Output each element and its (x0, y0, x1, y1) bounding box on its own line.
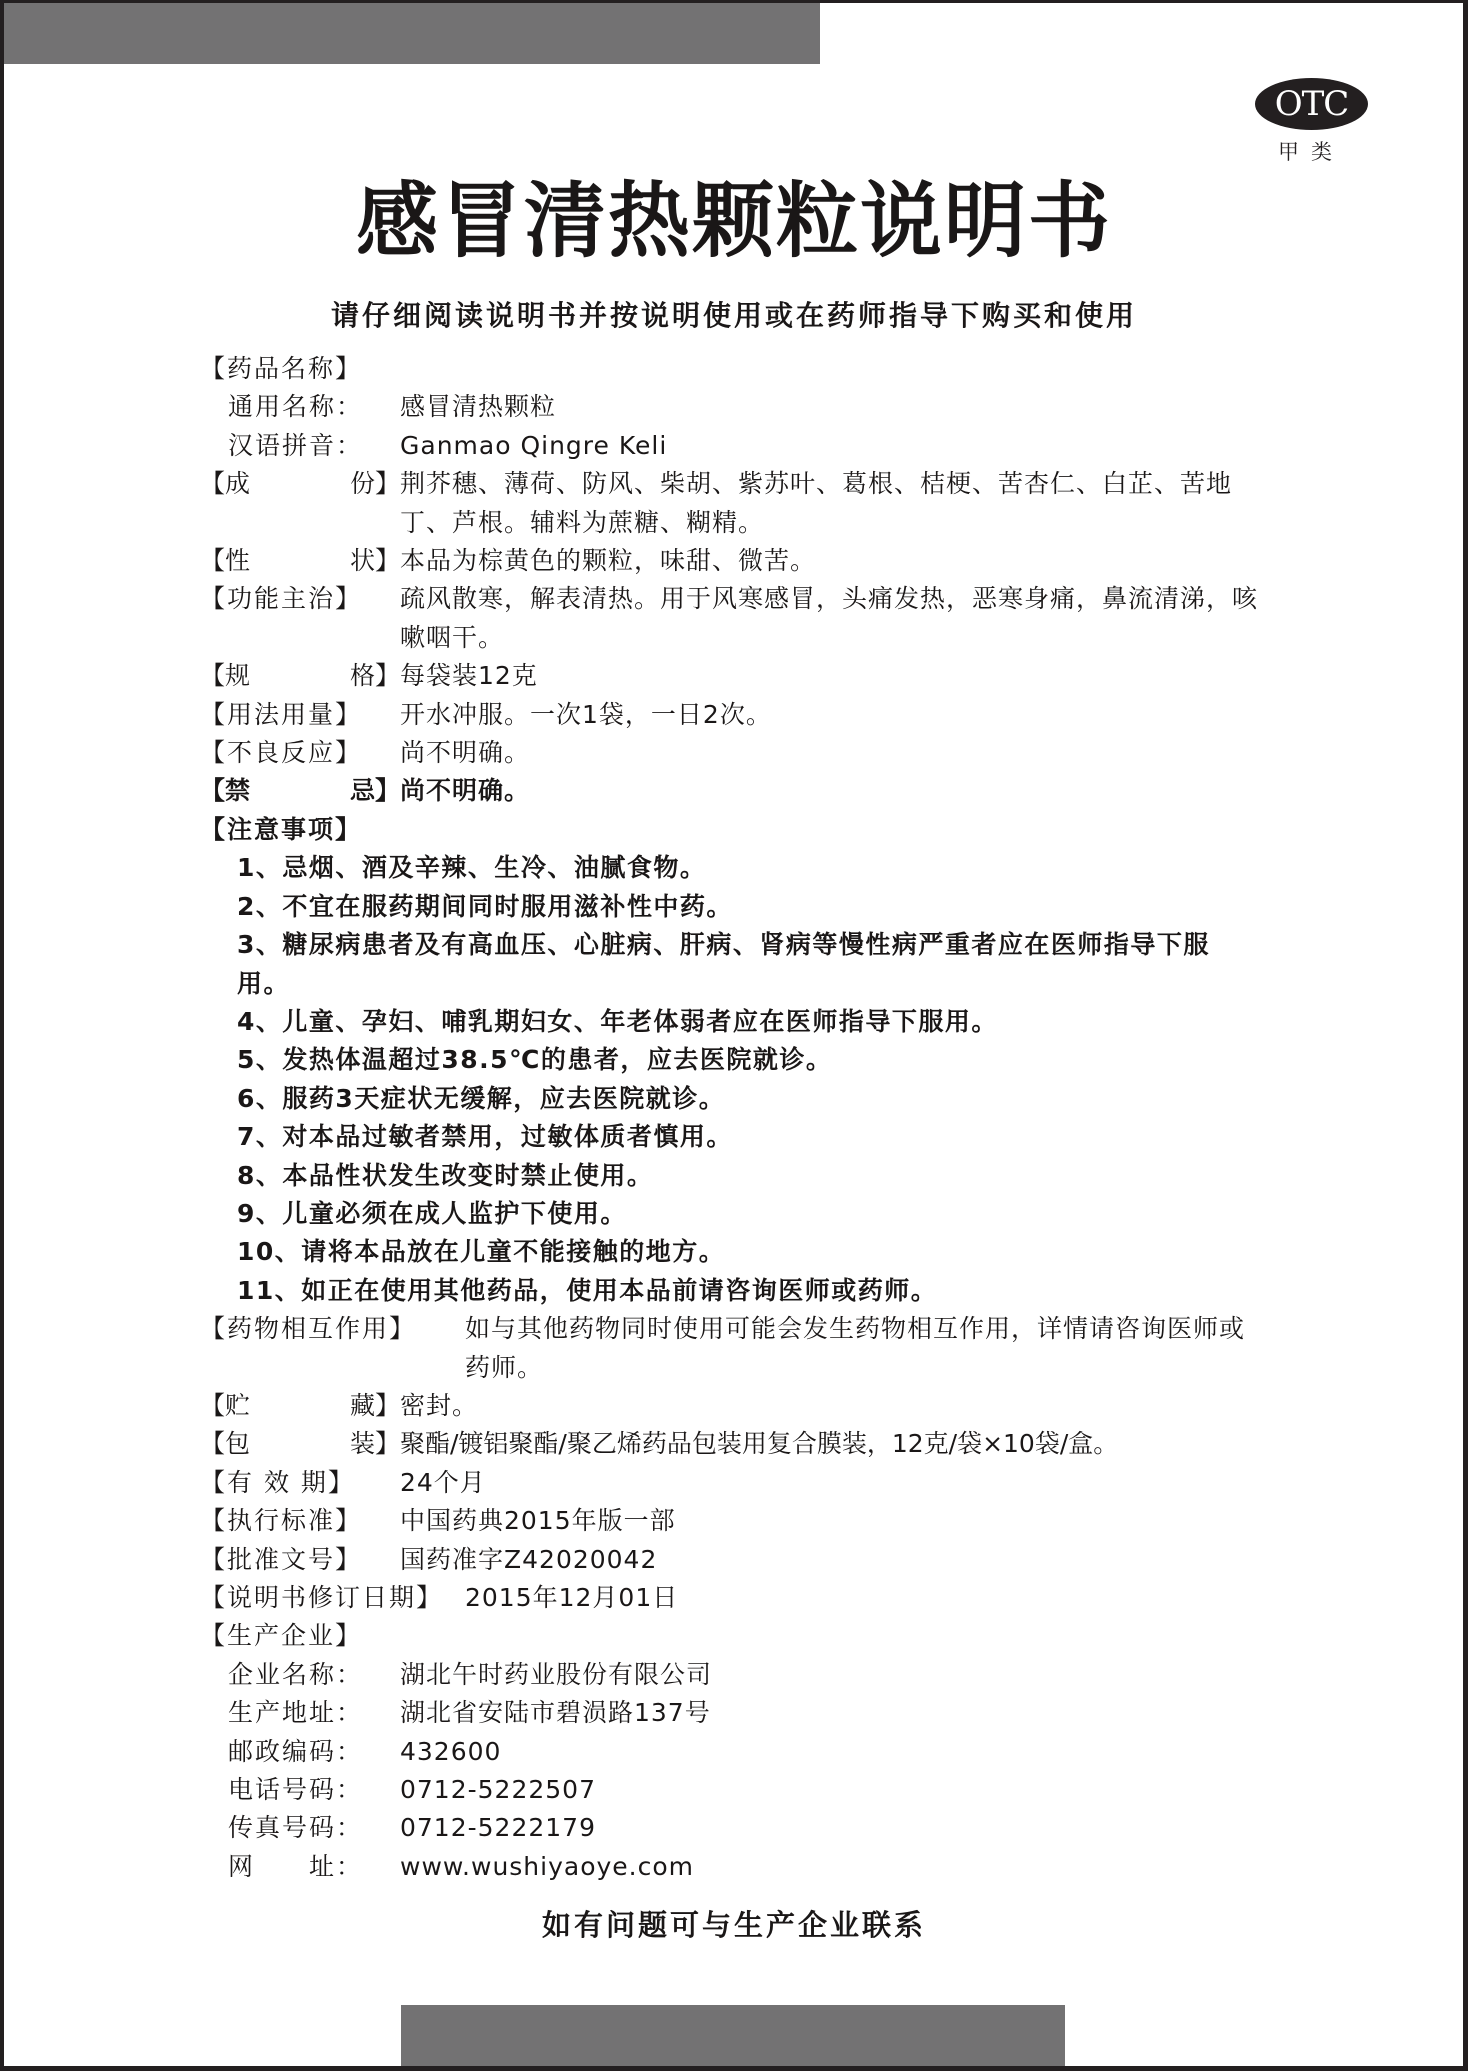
packaging-value: 聚酯/镀铝聚酯/聚乙烯药品包装用复合膜装，12克/袋×10袋/盒。 (400, 1425, 1260, 1463)
section-label: 【生产企业】 (200, 1617, 362, 1655)
generic-name-row: 通用名称： 感冒清热颗粒 (200, 388, 1260, 426)
section-label: 【成 份】 (200, 465, 400, 503)
list-item: 1、忌烟、酒及辛辣、生冷、油腻食物。 (237, 849, 1237, 887)
manufacturer-address-row: 生产地址： 湖北省安陆市碧涢路137号 (200, 1694, 1260, 1732)
manufacturer-postcode-row: 邮政编码： 432600 (200, 1733, 1260, 1771)
section-label: 【规 格】 (200, 657, 400, 695)
section-manufacturer: 【生产企业】 (200, 1617, 1260, 1655)
section-adverse-reactions: 【不良反应】 尚不明确。 (200, 734, 1260, 772)
adverse-reactions-value: 尚不明确。 (400, 734, 1260, 772)
dosage-value: 开水冲服。一次1袋，一日2次。 (400, 696, 1260, 734)
section-label: 【性 状】 (200, 542, 400, 580)
section-label: 【功能主治】 (200, 580, 400, 618)
label-start: 【规 (200, 657, 250, 695)
otc-badge-icon: OTC (1255, 78, 1368, 130)
otc-badge-text: OTC (1275, 84, 1349, 124)
postcode-value: 432600 (400, 1733, 1260, 1771)
section-storage: 【贮 藏】 密封。 (200, 1387, 1260, 1425)
list-item: 7、对本品过敏者禁用，过敏体质者慎用。 (237, 1118, 1237, 1156)
section-label: 【有 效 期】 (200, 1464, 400, 1502)
revision-date-value: 2015年12月01日 (465, 1579, 1260, 1617)
section-specification: 【规 格】 每袋装12克 (200, 657, 1260, 695)
section-approval-number: 【批准文号】 国药准字Z42020042 (200, 1541, 1260, 1579)
label-start: 【贮 (200, 1387, 250, 1425)
list-item: 5、发热体温超过38.5℃的患者，应去医院就诊。 (237, 1041, 1237, 1079)
fax-value: 0712-5222179 (400, 1809, 1260, 1847)
section-label: 【禁 忌】 (200, 772, 400, 810)
company-name-value: 湖北午时药业股份有限公司 (400, 1656, 1260, 1694)
section-shelf-life: 【有 效 期】 24个月 (200, 1464, 1260, 1502)
pinyin-value: Ganmao Qingre Keli (400, 427, 1260, 465)
section-standard: 【执行标准】 中国药典2015年版一部 (200, 1502, 1260, 1540)
precautions-list: 1、忌烟、酒及辛辣、生冷、油腻食物。 2、不宜在服药期间同时服用滋补性中药。 3… (200, 849, 1260, 1310)
label-start: 【包 (200, 1425, 250, 1463)
indications-value: 疏风散寒，解表清热。用于风寒感冒，头痛发热，恶寒身痛，鼻流清涕，咳嗽咽干。 (400, 580, 1260, 657)
label-start: 【禁 (200, 772, 250, 810)
section-label: 【药物相互作用】 (200, 1310, 465, 1348)
section-label: 【说明书修订日期】 (200, 1579, 465, 1617)
label-end: 格】 (350, 657, 400, 695)
generic-name-value: 感冒清热颗粒 (400, 388, 1260, 426)
label-start: 【性 (200, 542, 250, 580)
label-start: 【成 (200, 465, 250, 503)
label-end: 状】 (350, 542, 400, 580)
field-label: 汉语拼音： (228, 427, 400, 465)
website-link[interactable]: www.wushiyaoye.com (400, 1848, 1260, 1886)
bottom-gray-bar (401, 2005, 1065, 2066)
section-label: 【用法用量】 (200, 696, 400, 734)
pinyin-row: 汉语拼音： Ganmao Qingre Keli (200, 427, 1260, 465)
otc-class-label: 甲类 (1278, 136, 1348, 166)
section-packaging: 【包 装】 聚酯/镀铝聚酯/聚乙烯药品包装用复合膜装，12克/袋×10袋/盒。 (200, 1425, 1260, 1463)
specification-value: 每袋装12克 (400, 657, 1260, 695)
label-end: 份】 (350, 465, 400, 503)
section-drug-name: 【药品名称】 (200, 350, 1260, 388)
list-item: 9、儿童必须在成人监护下使用。 (237, 1195, 1237, 1233)
standard-value: 中国药典2015年版一部 (400, 1502, 1260, 1540)
list-item: 2、不宜在服药期间同时服用滋补性中药。 (237, 888, 1237, 926)
field-label: 生产地址： (228, 1694, 400, 1732)
manufacturer-website-row: 网 址： www.wushiyaoye.com (200, 1848, 1260, 1886)
label-end: 装】 (350, 1425, 400, 1463)
list-item: 8、本品性状发生改变时禁止使用。 (237, 1157, 1237, 1195)
field-label: 通用名称： (228, 388, 400, 426)
approval-number-value: 国药准字Z42020042 (400, 1541, 1260, 1579)
storage-value: 密封。 (400, 1387, 1260, 1425)
interactions-value: 如与其他药物同时使用可能会发生药物相互作用，详情请咨询医师或药师。 (465, 1310, 1260, 1387)
page-subtitle: 请仔细阅读说明书并按说明使用或在药师指导下购买和使用 (0, 296, 1468, 336)
field-label: 电话号码： (228, 1771, 400, 1809)
section-dosage: 【用法用量】 开水冲服。一次1袋，一日2次。 (200, 696, 1260, 734)
shelf-life-value: 24个月 (400, 1464, 1260, 1502)
section-label: 【批准文号】 (200, 1541, 400, 1579)
section-precautions: 【注意事项】 (200, 811, 1260, 849)
section-indications: 【功能主治】 疏风散寒，解表清热。用于风寒感冒，头痛发热，恶寒身痛，鼻流清涕，咳… (200, 580, 1260, 657)
page-title: 感冒清热颗粒说明书 (0, 172, 1468, 272)
list-item: 6、服药3天症状无缓解，应去医院就诊。 (237, 1080, 1237, 1118)
footer-note: 如有问题可与生产企业联系 (0, 1903, 1468, 1944)
section-label: 【贮 藏】 (200, 1387, 400, 1425)
top-gray-bar (4, 3, 820, 64)
list-item: 11、如正在使用其他药品，使用本品前请咨询医师或药师。 (237, 1272, 1237, 1310)
section-ingredients: 【成 份】 荆芥穗、薄荷、防风、柴胡、紫苏叶、葛根、桔梗、苦杏仁、白芷、苦地丁、… (200, 465, 1260, 542)
list-item: 3、糖尿病患者及有高血压、心脏病、肝病、肾病等慢性病严重者应在医师指导下服用。 (237, 926, 1217, 1003)
section-contraindications: 【禁 忌】 尚不明确。 (200, 772, 1260, 810)
contraindications-value: 尚不明确。 (400, 772, 1260, 810)
field-label: 传真号码： (228, 1809, 400, 1847)
ingredients-value: 荆芥穗、薄荷、防风、柴胡、紫苏叶、葛根、桔梗、苦杏仁、白芷、苦地丁、芦根。辅料为… (400, 465, 1260, 542)
section-label: 【包 装】 (200, 1425, 400, 1463)
section-appearance: 【性 状】 本品为棕黄色的颗粒，味甜、微苦。 (200, 542, 1260, 580)
manufacturer-fax-row: 传真号码： 0712-5222179 (200, 1809, 1260, 1847)
section-interactions: 【药物相互作用】 如与其他药物同时使用可能会发生药物相互作用，详情请咨询医师或药… (200, 1310, 1260, 1387)
manufacturer-name-row: 企业名称： 湖北午时药业股份有限公司 (200, 1656, 1260, 1694)
section-revision-date: 【说明书修订日期】 2015年12月01日 (200, 1579, 1260, 1617)
label-end: 藏】 (350, 1387, 400, 1425)
appearance-value: 本品为棕黄色的颗粒，味甜、微苦。 (400, 542, 1260, 580)
phone-value: 0712-5222507 (400, 1771, 1260, 1809)
address-value: 湖北省安陆市碧涢路137号 (400, 1694, 1260, 1732)
field-label: 企业名称： (228, 1656, 400, 1694)
manufacturer-phone-row: 电话号码： 0712-5222507 (200, 1771, 1260, 1809)
section-label: 【不良反应】 (200, 734, 400, 772)
section-label: 【注意事项】 (200, 811, 362, 849)
list-item: 10、请将本品放在儿童不能接触的地方。 (237, 1233, 1237, 1271)
section-label: 【执行标准】 (200, 1502, 400, 1540)
field-label: 网 址： (228, 1848, 400, 1886)
list-item: 4、儿童、孕妇、哺乳期妇女、年老体弱者应在医师指导下服用。 (237, 1003, 1237, 1041)
insert-body: 【药品名称】 通用名称： 感冒清热颗粒 汉语拼音： Ganmao Qingre … (200, 350, 1260, 1886)
label-end: 忌】 (350, 772, 400, 810)
section-label: 【药品名称】 (200, 350, 362, 388)
field-label: 邮政编码： (228, 1733, 400, 1771)
